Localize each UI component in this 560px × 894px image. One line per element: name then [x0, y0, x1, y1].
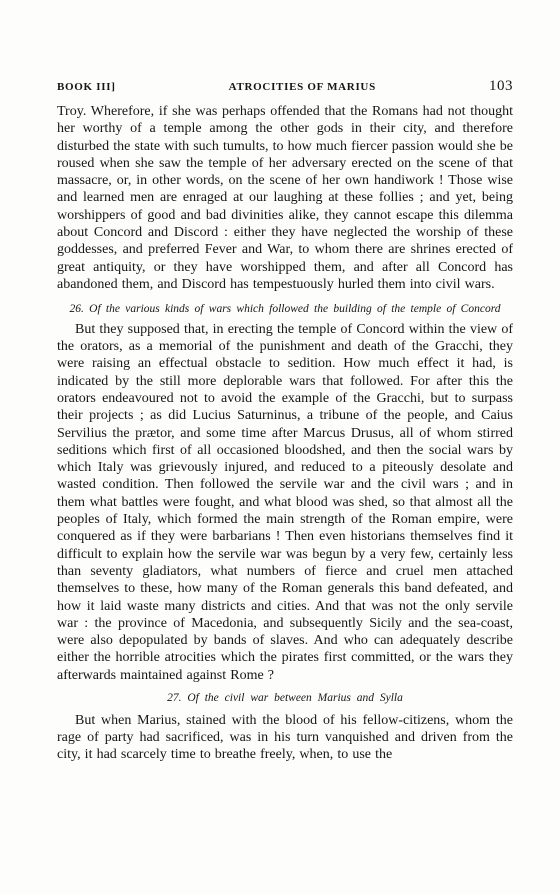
- paragraph: But when Marius, stained with the blood …: [57, 712, 513, 764]
- book-label: BOOK III]: [57, 81, 116, 93]
- page-body: Troy. Wherefore, if she was perhaps offe…: [57, 103, 513, 763]
- paragraph: Troy. Wherefore, if she was perhaps offe…: [57, 103, 513, 293]
- paragraph: But they supposed that, in erecting the …: [57, 321, 513, 684]
- page-header: BOOK III] ATROCITIES OF MARIUS 103: [57, 78, 513, 95]
- running-title: ATROCITIES OF MARIUS: [229, 81, 376, 93]
- page-number: 103: [489, 78, 513, 95]
- book-page: BOOK III] ATROCITIES OF MARIUS 103 Troy.…: [0, 0, 560, 894]
- section-heading-27: 27. Of the civil war between Marius and …: [61, 691, 509, 706]
- section-heading-26: 26. Of the various kinds of wars which f…: [61, 302, 509, 317]
